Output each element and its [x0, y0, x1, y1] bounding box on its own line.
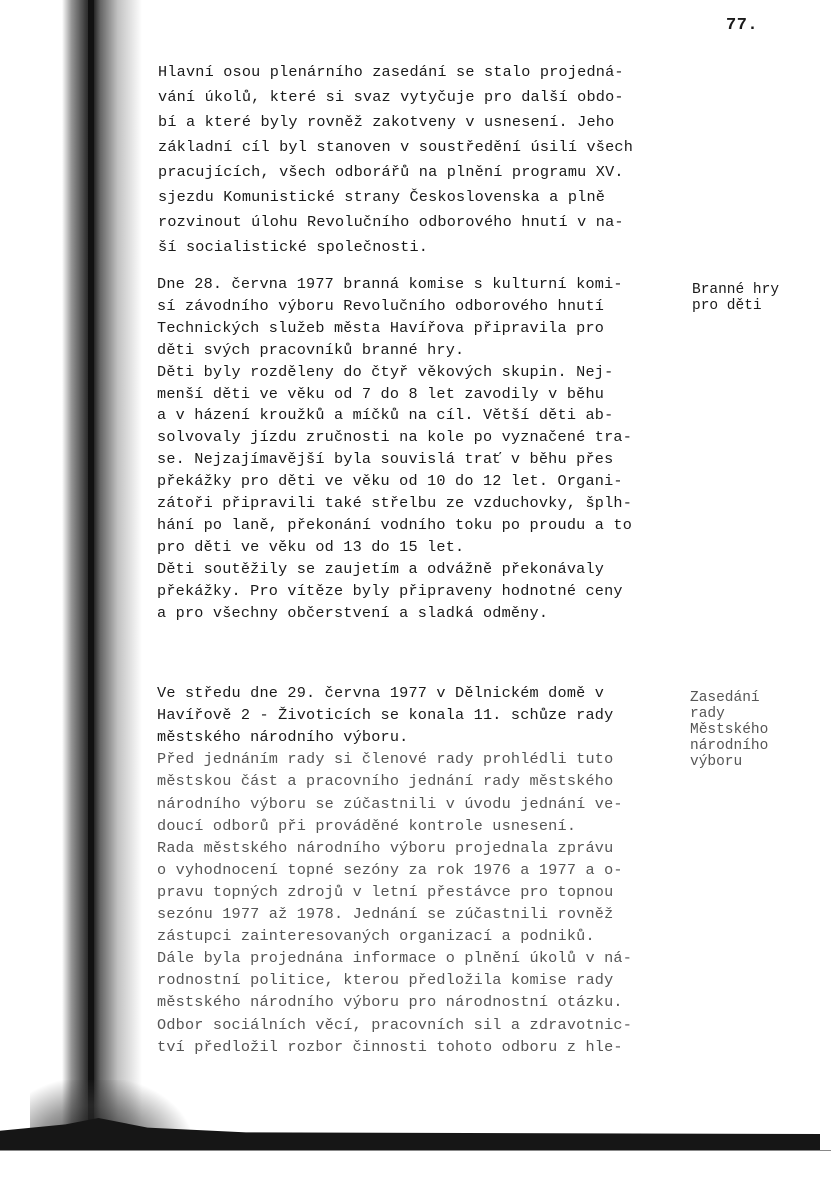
text-line: překážky. Pro vítěze byly připraveny hod… [157, 581, 623, 601]
text-line: o vyhodnocení topné sezóny za rok 1976 a… [157, 860, 623, 880]
text-line: bí a které byly rovněž zakotveny v usnes… [158, 112, 614, 132]
text-line: zátoři připravili také střelbu ze vzduch… [157, 493, 632, 513]
text-line: Rada městského národního výboru projedna… [157, 838, 613, 858]
text-line: sjezdu Komunistické strany Československ… [158, 187, 605, 207]
binding-fold-line [88, 0, 94, 1120]
text-line: Hlavní osou plenárního zasedání se stalo… [158, 62, 624, 82]
text-line: solvovaly jízdu zručnosti na kole po vyz… [157, 427, 632, 447]
text-line: tví předložil rozbor činnosti tohoto odb… [157, 1037, 623, 1057]
text-line: zástupci zainteresovaných organizací a p… [157, 926, 595, 946]
text-line: městského národního výboru. [157, 727, 408, 747]
text-line: Dále byla projednána informace o plnění … [157, 948, 632, 968]
text-line: sí závodního výboru Revolučního odborové… [157, 296, 604, 316]
text-line: rozvinout úlohu Revolučního odborového h… [158, 212, 624, 232]
page-number: 77. [726, 16, 758, 35]
text-line: pravu topných zdrojů v letní přestávce p… [157, 882, 613, 902]
text-line: Před jednáním rady si členové rady prohl… [157, 749, 613, 769]
margin-note-branne-hry: Branné hry pro děti [692, 282, 779, 314]
text-line: rodnostní politice, kterou předložila ko… [157, 970, 613, 990]
text-line: Odbor sociálních věcí, pracovních sil a … [157, 1015, 632, 1035]
text-line: Technických služeb města Havířova připra… [157, 318, 604, 338]
text-line: se. Nejzajímavější byla souvislá trať v … [157, 449, 613, 469]
margin-note-zasedani-rady: Zasedání rady Městského národního výboru [690, 690, 768, 770]
text-line: pracujících, všech odborářů na plnění pr… [158, 162, 624, 182]
text-line: menší děti ve věku od 7 do 8 let zavodil… [157, 384, 604, 404]
text-line: základní cíl byl stanoven v soustředění … [158, 137, 633, 157]
text-line: městskou část a pracovního jednání rady … [157, 771, 613, 791]
text-line: hání po laně, překonání vodního toku po … [157, 515, 632, 535]
text-line: Ve středu dne 29. června 1977 v Dělnické… [157, 683, 604, 703]
text-line: Děti soutěžily se zaujetím a odvážně pře… [157, 559, 604, 579]
text-line: doucí odborů při prováděné kontrole usne… [157, 816, 576, 836]
text-line: sezónu 1977 až 1978. Jednání se zúčastni… [157, 904, 613, 924]
text-line: vání úkolů, které si svaz vytyčuje pro d… [158, 87, 624, 107]
text-line: národního výboru se zúčastnili v úvodu j… [157, 794, 623, 814]
binding-shadow [62, 0, 142, 1150]
text-line: překážky pro děti ve věku od 10 do 12 le… [157, 471, 623, 491]
text-line: Děti byly rozděleny do čtyř věkových sku… [157, 362, 613, 382]
text-line: městského národního výboru pro národnost… [157, 992, 623, 1012]
text-line: Dne 28. června 1977 branná komise s kult… [157, 274, 623, 294]
text-line: ší socialistické společnosti. [158, 237, 428, 257]
scan-background [0, 1150, 831, 1177]
text-line: a pro všechny občerstvení a sladká odměn… [157, 603, 548, 623]
text-line: děti svých pracovníků branné hry. [157, 340, 464, 360]
text-line: Havířově 2 - Životicích se konala 11. sc… [157, 705, 613, 725]
page-bottom-edge [0, 1118, 820, 1150]
text-line: pro děti ve věku od 13 do 15 let. [157, 537, 464, 557]
text-line: a v házení kroužků a míčků na cíl. Větší… [157, 405, 613, 425]
